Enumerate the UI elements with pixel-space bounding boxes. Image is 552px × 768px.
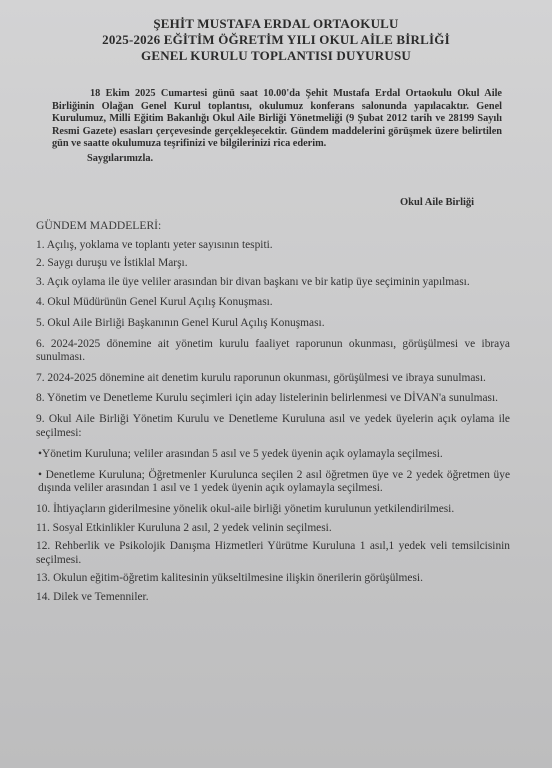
salutation: Saygılarımızla. [52,153,502,166]
agenda-item: 8. Yönetim ve Denetleme Kurulu seçimleri… [36,392,510,406]
agenda-subitem: •Yönetim Kuruluna; veliler arasından 5 a… [36,448,510,462]
intro-section: 18 Ekim 2025 Cumartesi günü saat 10.00'd… [52,88,502,166]
signature: Okul Aile Birliği [400,197,474,208]
agenda-item: 13. Okulun eğitim-öğretim kalitesinin yü… [36,572,510,586]
document-page: ŞEHİT MUSTAFA ERDAL ORTAOKULU 2025-2026 … [0,0,552,768]
agenda-section: GÜNDEM MADDELERİ: 1. Açılış, yoklama ve … [36,219,510,609]
agenda-item: 4. Okul Müdürünün Genel Kurul Açılış Kon… [36,296,510,310]
agenda-item: 7. 2024-2025 dönemine ait denetim kurulu… [36,372,510,386]
agenda-item: 3. Açık oylama ile üye veliler arasından… [36,276,510,290]
academic-year-title: 2025-2026 EĞİTİM ÖĞRETİM YILI OKUL AİLE … [0,32,552,48]
agenda-item: 9. Okul Aile Birliği Yönetim Kurulu ve D… [36,413,510,440]
agenda-item: 11. Sosyal Etkinlikler Kuruluna 2 asıl, … [36,522,510,536]
agenda-title: GÜNDEM MADDELERİ: [36,219,510,233]
agenda-item: 6. 2024-2025 dönemine ait yönetim kurulu… [36,338,510,365]
agenda-item: 2. Saygı duruşu ve İstiklal Marşı. [36,257,510,271]
agenda-item: 14. Dilek ve Temenniler. [36,591,510,605]
agenda-subitem: • Denetleme Kuruluna; Öğretmenler Kurulu… [36,469,510,496]
agenda-item: 5. Okul Aile Birliği Başkanının Genel Ku… [36,317,510,331]
announcement-title: GENEL KURULU TOPLANTISI DUYURUSU [0,48,552,64]
intro-paragraph: 18 Ekim 2025 Cumartesi günü saat 10.00'd… [52,88,502,151]
agenda-item: 10. İhtiyaçların giderilmesine yönelik o… [36,503,510,517]
document-header: ŞEHİT MUSTAFA ERDAL ORTAOKULU 2025-2026 … [0,16,552,64]
agenda-item: 1. Açılış, yoklama ve toplantı yeter say… [36,239,510,253]
school-name: ŞEHİT MUSTAFA ERDAL ORTAOKULU [0,16,552,32]
agenda-item: 12. Rehberlik ve Psikolojik Danışma Hizm… [36,540,510,567]
